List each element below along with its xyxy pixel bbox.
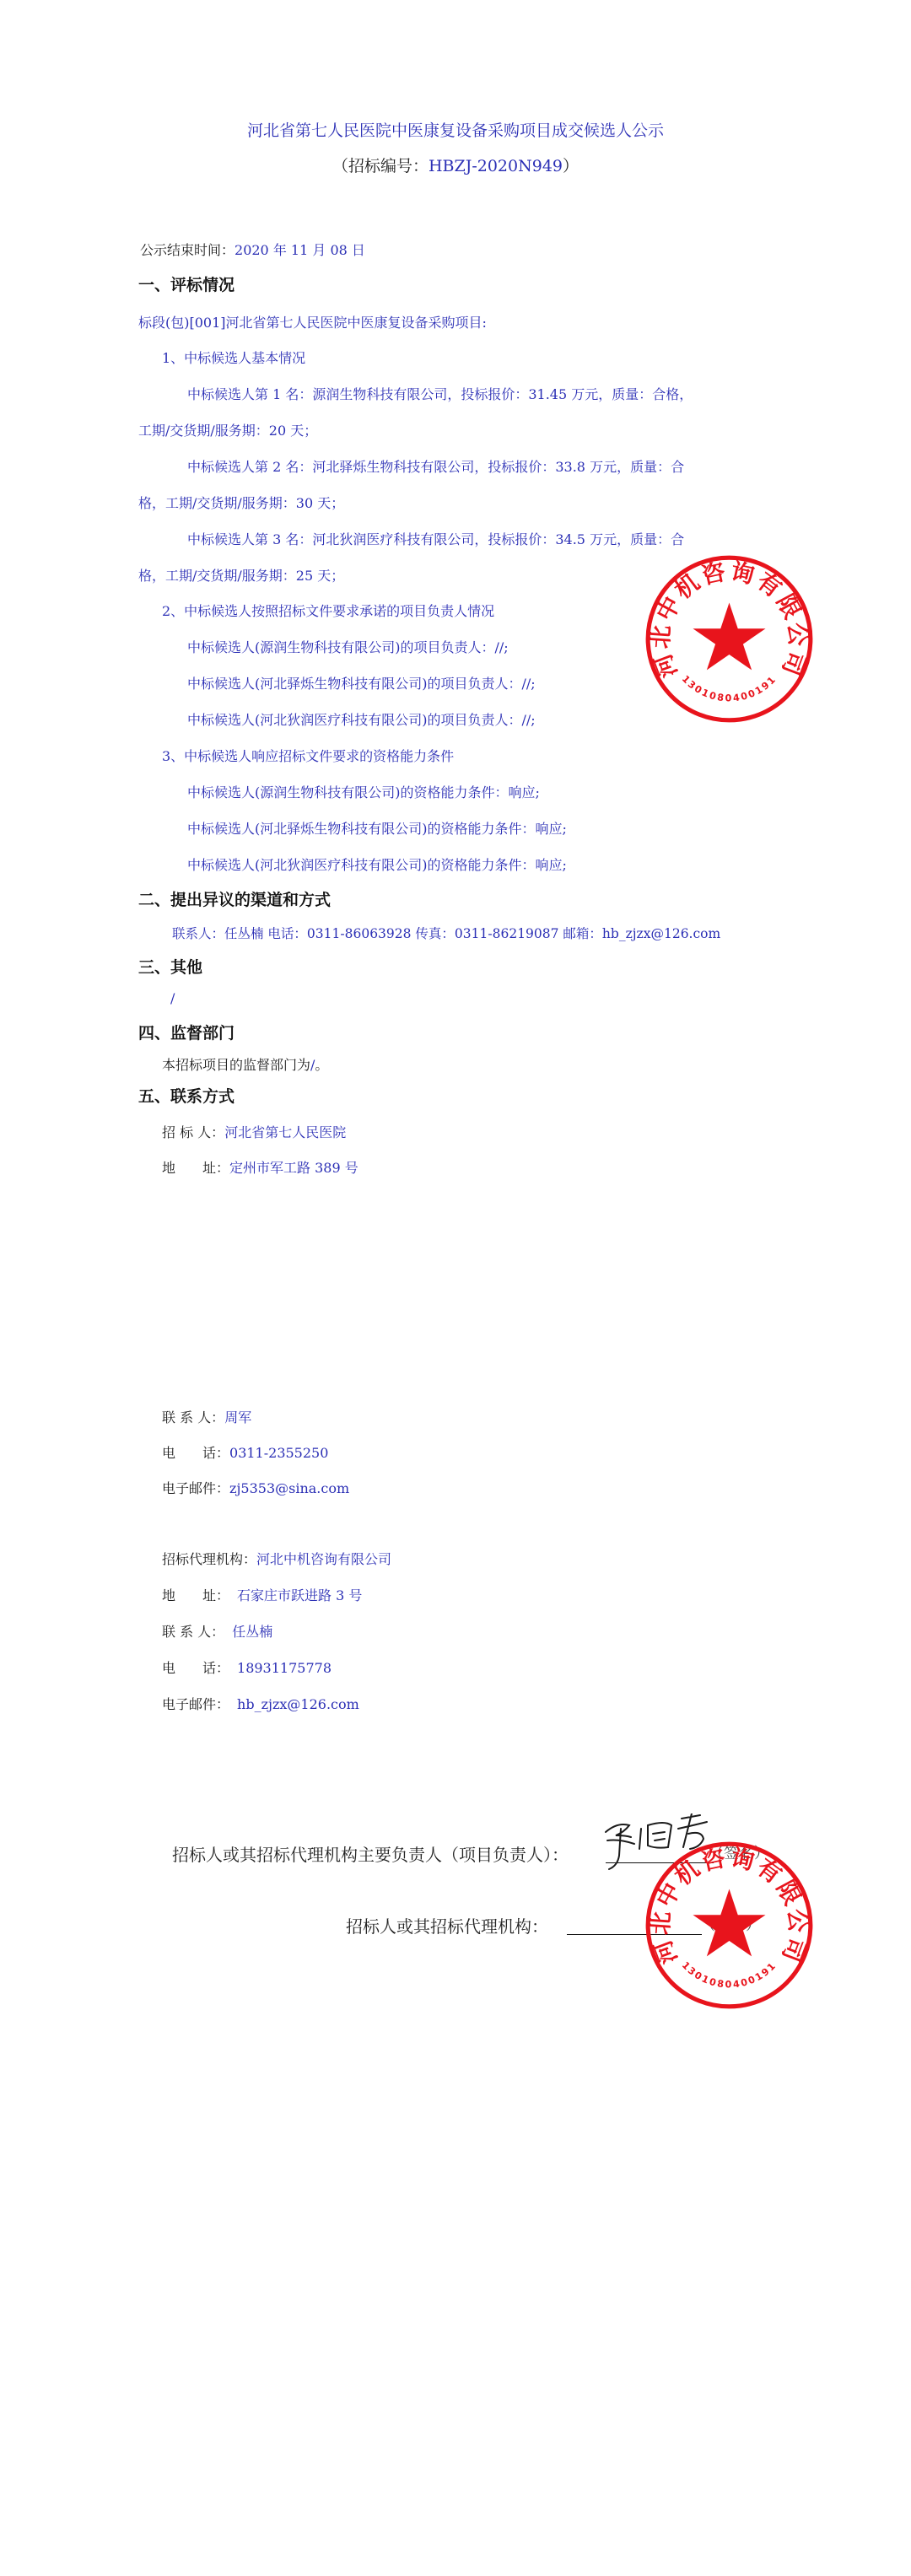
agency-address-label: 地 址： [162, 1587, 229, 1603]
tenderer-name-label: 招 标 人： [162, 1124, 224, 1140]
manager-2: 中标候选人(河北驿烁生物科技有限公司)的项目负责人：//; [187, 673, 536, 693]
agency-email-label: 电子邮件： [162, 1696, 229, 1712]
agency-contact-value: 任丛楠 [232, 1624, 272, 1640]
agency-name-value: 河北中机咨询有限公司 [256, 1551, 391, 1567]
tenderer-phone-value: 0311-2355250 [229, 1445, 328, 1461]
company-seal-icon: 河北中机咨询有限公司 1301080400191 [643, 1839, 816, 2012]
sub1-heading: 1、中标候选人基本情况 [162, 348, 305, 367]
candidate-1-line1: 中标候选人第 1 名：源润生物科技有限公司，投标报价：31.45 万元，质量：合… [187, 384, 693, 403]
package-line: 标段(包)[001]河北省第七人民医院中医康复设备采购项目: [138, 312, 487, 331]
tender-no-suffix: ） [563, 157, 579, 175]
candidate-2-line1: 中标候选人第 2 名：河北驿烁生物科技有限公司，投标报价：33.8 万元，质量：… [187, 456, 684, 476]
candidate-3-line1: 中标候选人第 3 名：河北狄润医疗科技有限公司，投标报价：34.5 万元，质量：… [187, 529, 684, 548]
tenderer-email-label: 电子邮件： [162, 1480, 229, 1496]
sub2-heading: 2、中标候选人按照招标文件要求承诺的项目负责人情况 [162, 601, 494, 620]
candidate-3-line2: 格，工期/交货期/服务期：25 天； [138, 565, 344, 585]
qualification-2: 中标候选人(河北驿烁生物科技有限公司)的资格能力条件：响应; [187, 818, 567, 838]
tenderer-address-value: 定州市军工路 389 号 [229, 1160, 358, 1176]
tenderer-email-value[interactable]: zj5353@sina.com [229, 1480, 349, 1496]
agency-address: 地 址：石家庄市跃进路 3 号 [162, 1585, 362, 1604]
end-time: 公示结束时间：2020 年 11 月 08 日 [140, 240, 365, 259]
section-4-heading: 四、监督部门 [138, 1021, 234, 1043]
company-seal-icon: 河北中机咨询有限公司 1301080400191 [643, 552, 816, 725]
manager-3: 中标候选人(河北狄润医疗科技有限公司)的项目负责人：//; [187, 709, 536, 729]
tenderer-contact: 联 系 人：周军 [162, 1407, 251, 1426]
agency-phone: 电 话：18931175778 [162, 1657, 332, 1677]
tender-no-prefix: （招标编号： [332, 157, 429, 175]
document-title: 河北省第七人民医院中医康复设备采购项目成交候选人公示 [0, 118, 911, 141]
supervision-suffix: 。 [315, 1057, 328, 1073]
tenderer-address: 地 址：定州市军工路 389 号 [162, 1157, 358, 1177]
section-5-heading: 五、联系方式 [138, 1084, 234, 1107]
tender-number-line: （招标编号：HBZJ-2020N949） [0, 154, 911, 176]
tenderer-address-label: 地 址： [162, 1160, 229, 1176]
agency-name-label: 招标代理机构： [162, 1551, 256, 1567]
candidate-1-line2: 工期/交货期/服务期：20 天； [138, 420, 317, 439]
supervision-prefix: 本招标项目的监督部门为 [162, 1057, 310, 1073]
tenderer-name-value: 河北省第七人民医院 [224, 1124, 346, 1140]
manager-1: 中标候选人(源润生物科技有限公司)的项目负责人：//; [187, 637, 509, 656]
agency-contact: 联 系 人：任丛楠 [162, 1621, 272, 1641]
end-time-label: 公示结束时间： [140, 242, 234, 258]
agency-email-value[interactable]: hb_zjzx@126.com [237, 1696, 359, 1712]
qualification-3: 中标候选人(河北狄润医疗科技有限公司)的资格能力条件：响应; [187, 854, 567, 874]
section-3-heading: 三、其他 [138, 955, 202, 978]
tenderer-email: 电子邮件：zj5353@sina.com [162, 1478, 349, 1497]
section-1-heading: 一、评标情况 [138, 272, 234, 295]
signature-org-label: 招标人或其招标代理机构： [346, 1913, 548, 1937]
candidate-2-line2: 格，工期/交货期/服务期：30 天； [138, 493, 344, 512]
agency-address-value: 石家庄市跃进路 3 号 [237, 1587, 362, 1603]
svg-text:1301080400191: 1301080400191 [680, 673, 779, 703]
qualification-1: 中标候选人(源润生物科技有限公司)的资格能力条件：响应; [187, 782, 540, 801]
objection-contact: 联系人：任丛楠 电话：0311-86063928 传真：0311-8621908… [172, 924, 720, 942]
agency-phone-label: 电 话： [162, 1660, 229, 1676]
tenderer-phone: 电 话：0311-2355250 [162, 1442, 328, 1462]
signature-person-label: 招标人或其招标代理机构主要负责人（项目负责人）： [172, 1841, 569, 1866]
tenderer-contact-label: 联 系 人： [162, 1409, 224, 1425]
tenderer-contact-value: 周军 [224, 1409, 251, 1425]
other-content: / [170, 990, 175, 1006]
agency-email: 电子邮件：hb_zjzx@126.com [162, 1694, 359, 1713]
sub3-heading: 3、中标候选人响应招标文件要求的资格能力条件 [162, 746, 454, 765]
section-2-heading: 二、提出异议的渠道和方式 [138, 887, 331, 910]
tenderer-phone-label: 电 话： [162, 1445, 229, 1461]
agency-phone-value: 18931175778 [237, 1660, 332, 1676]
svg-text:1301080400191: 1301080400191 [680, 1959, 779, 1990]
supervision-content: 本招标项目的监督部门为/。 [162, 1054, 328, 1074]
agency-contact-label: 联 系 人： [162, 1624, 224, 1640]
agency-name: 招标代理机构：河北中机咨询有限公司 [162, 1549, 391, 1568]
tenderer-name: 招 标 人：河北省第七人民医院 [162, 1122, 346, 1141]
end-time-value: 2020 年 11 月 08 日 [234, 242, 365, 258]
tender-no: HBZJ-2020N949 [429, 157, 563, 175]
